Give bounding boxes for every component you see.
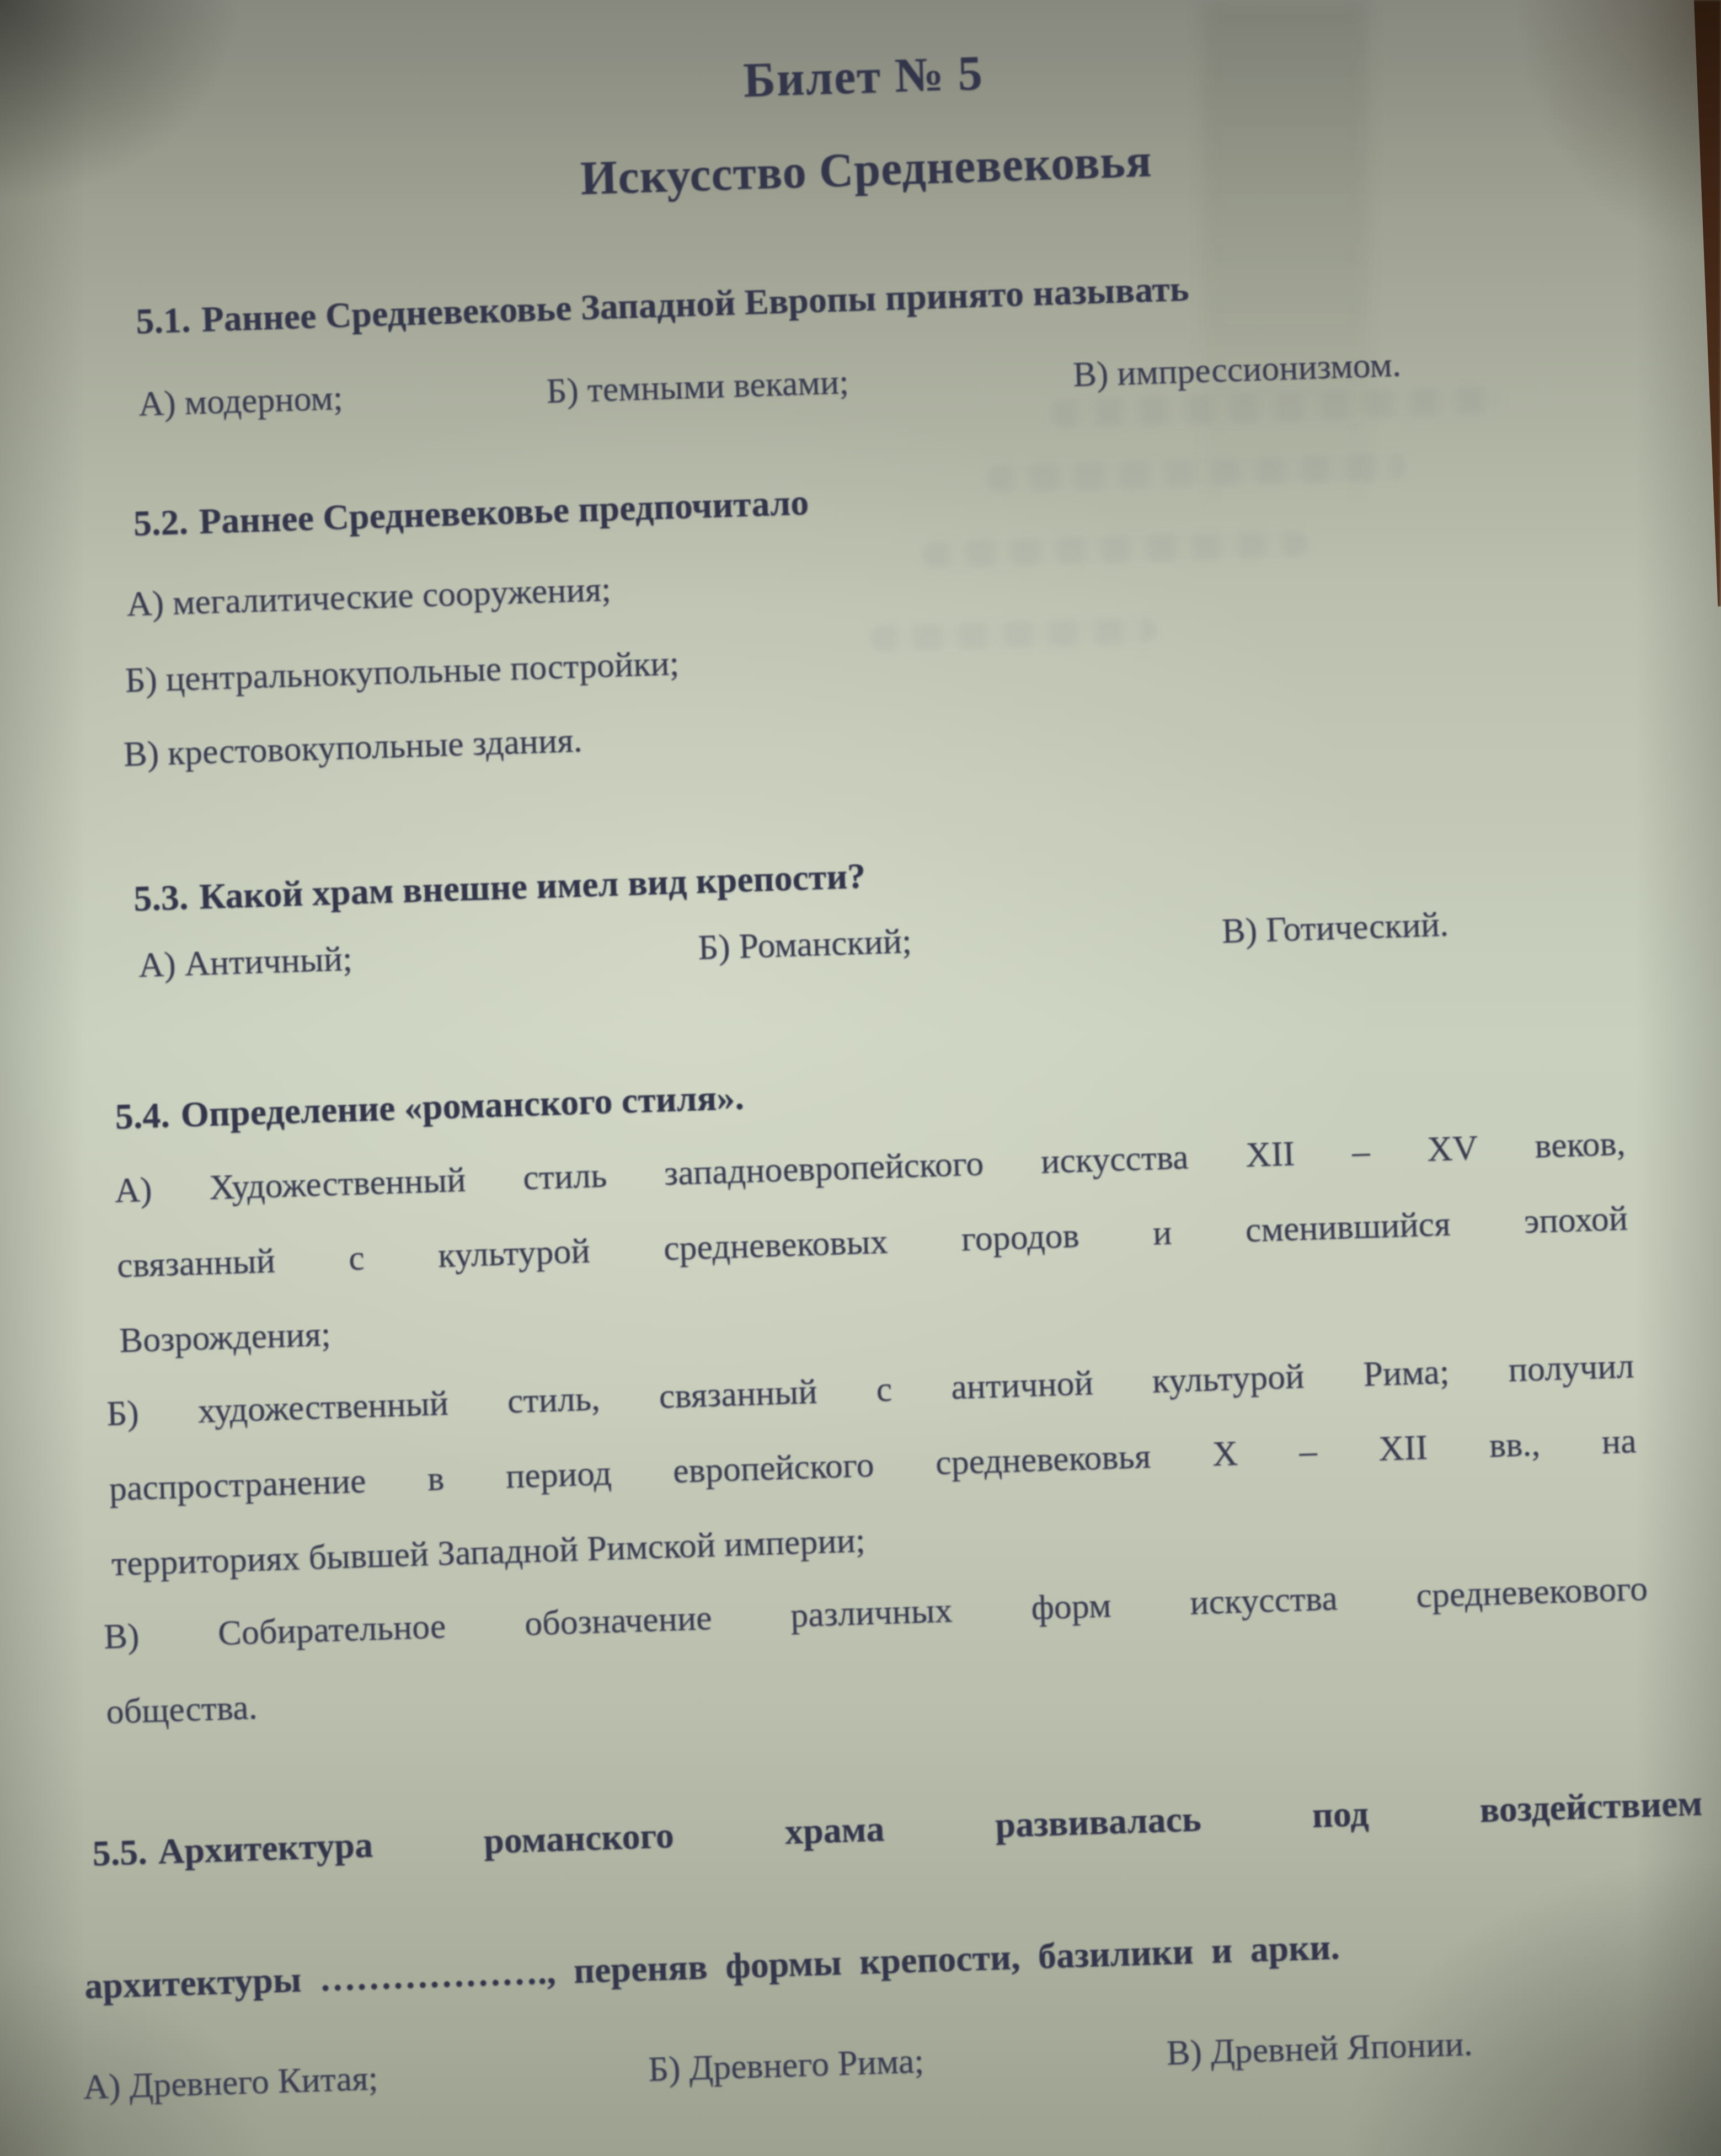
option: В) импрессионизмом. xyxy=(1072,344,1402,395)
question-text: Раннее Средневековье Западной Европы при… xyxy=(201,269,1189,340)
option: Б) Романский; xyxy=(697,921,912,968)
question-number: 5.5. xyxy=(92,1832,148,1874)
option: Б) темными веками; xyxy=(546,361,849,411)
option: В) крестовокупольные здания. xyxy=(123,720,583,775)
option: А) Античный; xyxy=(138,938,353,986)
option: В) Древней Японии. xyxy=(1166,2023,1473,2073)
exam-sheet: Билет № 5 Искусство Средневековья 5.1.Ра… xyxy=(0,0,1721,2155)
question-5-2-heading: 5.2.Раннее Средневековье предпочитало xyxy=(133,482,809,544)
bleed-through-smudge xyxy=(922,530,1309,569)
option: Б) Древнего Рима; xyxy=(648,2040,924,2090)
question-number: 5.3. xyxy=(133,877,189,919)
question-number: 5.1. xyxy=(135,299,191,341)
question-text: Какой храм внешне имел вид крепости? xyxy=(199,856,866,917)
question-5-1-heading: 5.1.Раннее Средневековье Западной Европы… xyxy=(135,268,1189,343)
option: А) Древнего Китая; xyxy=(83,2057,378,2107)
question-5-5-heading-line1: 5.5.Архитектура романского храма развива… xyxy=(92,1783,1703,1875)
ticket-title: Билет № 5 xyxy=(2,22,1721,132)
option: А) мегалитические сооружения; xyxy=(126,569,612,625)
question-text: Раннее Средневековье предпочитало xyxy=(199,482,809,542)
question-5-5-heading-line2: архитектуры ………………., переняв формы крепо… xyxy=(84,1913,1721,2008)
question-5-3-heading: 5.3.Какой храм внешне имел вид крепости? xyxy=(133,855,866,921)
question-5-1-options: А) модерном; Б) темными веками; В) импре… xyxy=(12,334,1721,448)
question-text: Архитектура романского храма развивалась… xyxy=(157,1783,1703,1872)
question-5-4-heading: 5.4.Определение «романского стиля». xyxy=(115,1077,745,1138)
ticket-subtitle: Искусство Средневековья xyxy=(6,115,1721,224)
option: Б) центральнокупольные постройки; xyxy=(125,643,680,701)
question-text: Определение «романского стиля». xyxy=(180,1077,745,1135)
question-number: 5.4. xyxy=(115,1095,170,1137)
question-5-5-options: А) Древнего Китая; Б) Древнего Рима; В) … xyxy=(65,2013,1721,2128)
bleed-through-smudge xyxy=(986,452,1405,493)
option: В) Готический. xyxy=(1221,903,1449,951)
photo-of-exam-sheet: { "photo": { "paper_color": "#c9cdbc", "… xyxy=(0,0,1721,2156)
option: А) модерном; xyxy=(138,377,344,425)
bleed-through-smudge xyxy=(869,618,1157,652)
question-number: 5.2. xyxy=(133,502,189,544)
